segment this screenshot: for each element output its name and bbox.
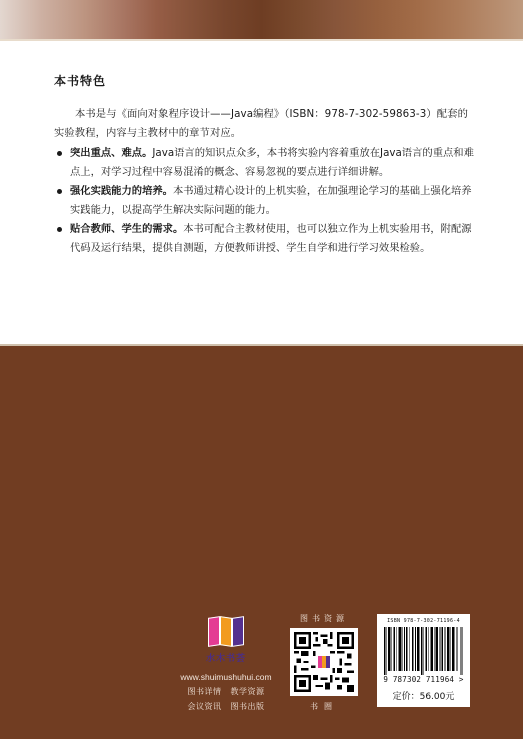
publisher-links-row-1: 图书详情 教学资源 — [176, 686, 276, 697]
features-title: 本书特色 — [54, 72, 474, 91]
feature-heading: 贴合教师、学生的需求。 — [70, 223, 183, 235]
qr-caption: 书圈 — [290, 701, 358, 712]
feature-item: 突出重点、难点。Java语言的知识点众多，本书将实验内容着重放在Java语言的重… — [54, 144, 474, 182]
qr-code[interactable] — [290, 628, 358, 696]
top-band-edge — [0, 39, 523, 41]
isbn-label: ISBN 978-7-302-71196-4 — [377, 618, 470, 624]
link-teaching-resources[interactable]: 教学资源 — [231, 687, 265, 696]
top-gradient-band — [0, 0, 523, 39]
bullet-icon — [57, 189, 62, 194]
logo-orange-panel — [220, 616, 232, 647]
logo-text: 水木书荟 — [176, 651, 276, 664]
publisher-block: 水木书荟 www.shuimushuhui.com 图书详情 教学资源 会议资讯… — [176, 614, 276, 712]
publisher-url[interactable]: www.shuimushuhui.com — [176, 672, 276, 682]
feature-item: 贴合教师、学生的需求。本书可配合主教材使用，也可以独立作为上机实验用书，附配源代… — [54, 220, 474, 258]
publisher-links-row-2: 会议资讯 图书出版 — [176, 701, 276, 712]
link-book-publishing[interactable]: 图书出版 — [231, 702, 265, 711]
features-intro: 本书是与《面向对象程序设计——Java编程》（ISBN：978-7-302-59… — [54, 105, 474, 143]
book-features-section: 本书特色 本书是与《面向对象程序设计——Java编程》（ISBN：978-7-3… — [54, 72, 474, 258]
barcode-icon — [384, 627, 464, 675]
barcode-digits: 9 787302 711964 > — [377, 675, 470, 684]
qr-title: 图书资源 — [290, 613, 358, 624]
qr-code-block: 图书资源 书圈 — [290, 613, 358, 712]
feature-heading: 强化实践能力的培养。 — [70, 185, 173, 197]
isbn-barcode-block: ISBN 978-7-302-71196-4 9 787302 711964 >… — [377, 614, 470, 707]
qr-code-icon — [294, 632, 354, 692]
link-book-details[interactable]: 图书详情 — [187, 687, 221, 696]
logo-pink-panel — [208, 616, 220, 647]
bullet-icon — [57, 227, 62, 232]
feature-heading: 突出重点、难点。 — [70, 147, 152, 159]
features-list: 突出重点、难点。Java语言的知识点众多，本书将实验内容着重放在Java语言的重… — [54, 144, 474, 258]
publisher-logo-icon — [206, 614, 246, 644]
link-conference-news[interactable]: 会议资讯 — [187, 702, 221, 711]
feature-item: 强化实践能力的培养。本书通过精心设计的上机实验，在加强理论学习的基础上强化培养实… — [54, 182, 474, 220]
price-label: 定价：56.00元 — [377, 689, 470, 702]
logo-purple-panel — [232, 616, 244, 647]
bullet-icon — [57, 151, 62, 156]
